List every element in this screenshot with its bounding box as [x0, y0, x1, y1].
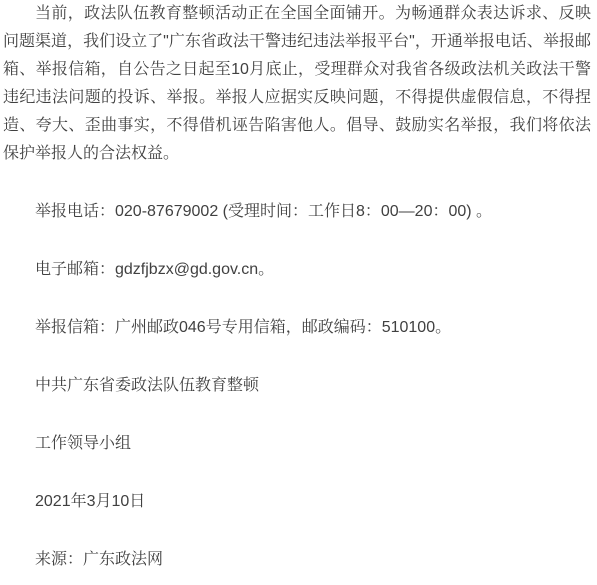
- report-mailbox-line: 举报信箱：广州邮政046号专用信箱，邮政编码：510100。: [3, 314, 591, 342]
- intro-paragraph: 当前，政法队伍教育整顿活动正在全国全面铺开。为畅通群众表达诉求、反映问题渠道，我…: [3, 0, 591, 168]
- signature-org-line: 中共广东省委政法队伍教育整顿: [3, 372, 591, 400]
- date-line: 2021年3月10日: [3, 488, 591, 516]
- report-email-line: 电子邮箱：gdzfjbzx@gd.gov.cn。: [3, 256, 591, 284]
- source-line: 来源：广东政法网: [3, 546, 591, 574]
- report-phone-line: 举报电话：020-87679002 (受理时间：工作日8：00—20：00) 。: [3, 198, 591, 226]
- page: { "article": { "intro": "当前，政法队伍教育整顿活动正在…: [0, 0, 597, 585]
- signature-group-line: 工作领导小组: [3, 430, 591, 458]
- announcement-article: 当前，政法队伍教育整顿活动正在全国全面铺开。为畅通群众表达诉求、反映问题渠道，我…: [0, 0, 597, 574]
